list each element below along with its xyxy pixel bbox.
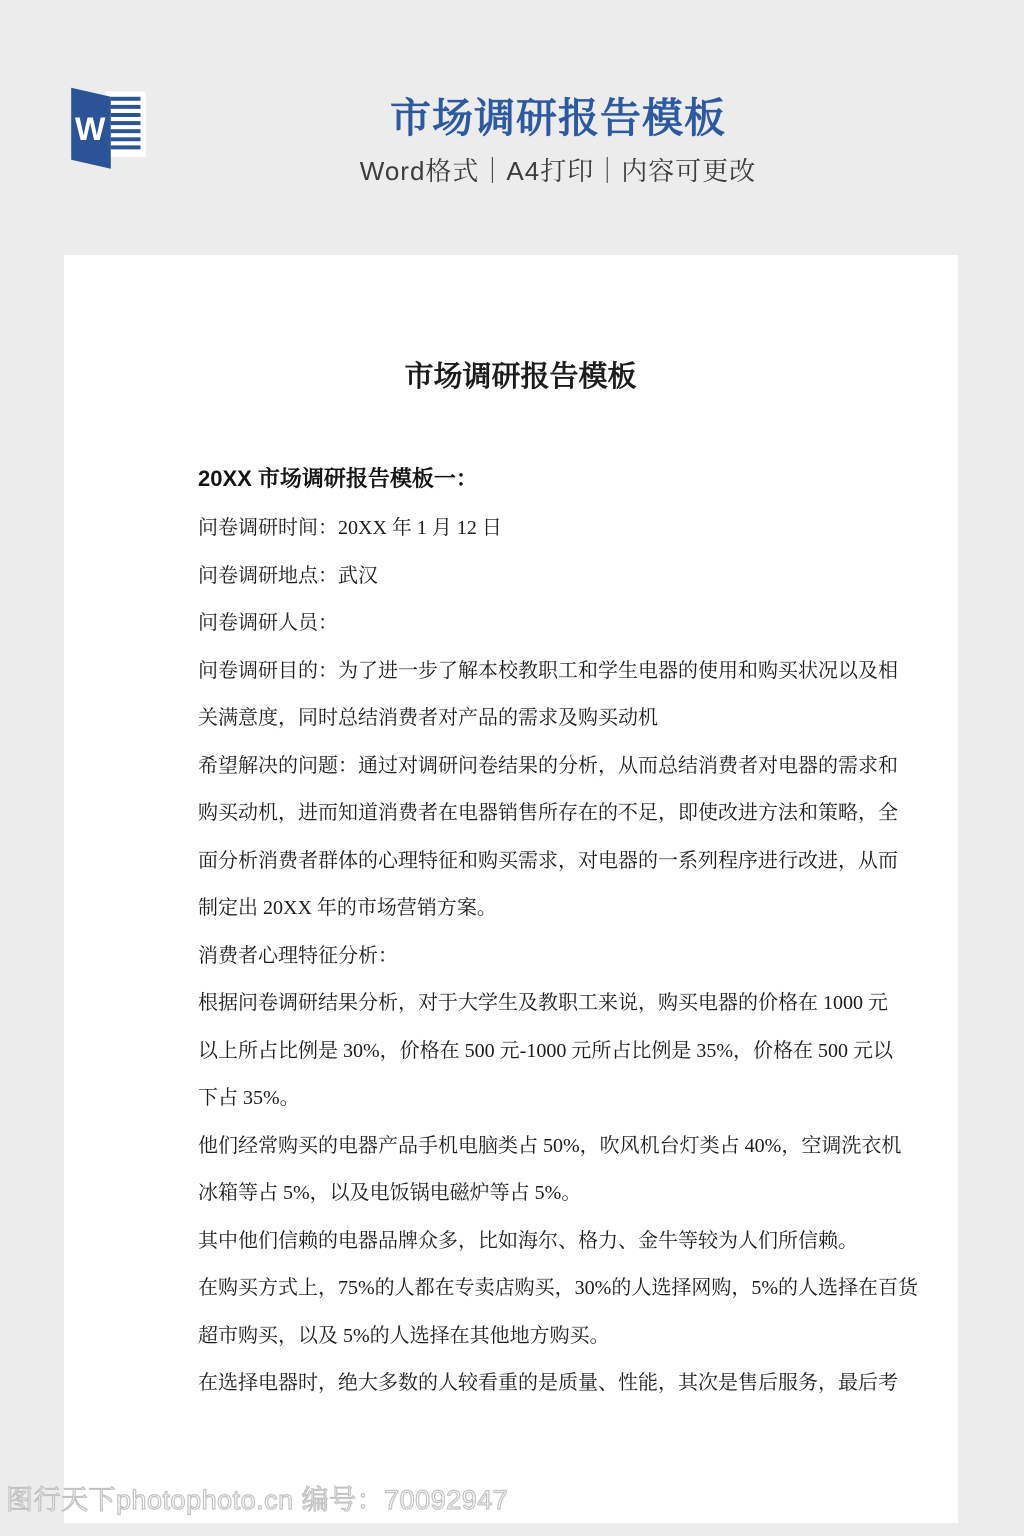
template-preview: W 市场调研报告模板 Word格式｜A4打印｜内容可更改 市场调研报告模板 20… [0,0,1024,1536]
doc-line: 其中他们信赖的电器品牌众多，比如海尔、格力、金牛等较为人们所信赖。 [198,1218,843,1266]
doc-line: 消费者心理特征分析： [198,933,843,981]
document-body: 问卷调研时间：20XX 年 1 月 12 日问卷调研地点：武汉问卷调研人员：问卷… [198,505,843,1408]
doc-line: 问卷调研人员： [198,600,843,648]
doc-line: 冰箱等占 5%，以及电饭锅电磁炉等占 5%。 [198,1170,843,1218]
doc-line: 以上所占比例是 30%，价格在 500 元-1000 元所占比例是 35%，价格… [198,1028,843,1076]
header: W 市场调研报告模板 Word格式｜A4打印｜内容可更改 [0,0,1024,255]
doc-line: 超市购买，以及 5%的人选择在其他地方购买。 [198,1313,843,1361]
doc-line: 根据问卷调研结果分析，对于大学生及教职工来说，购买电器的价格在 1000 元 [198,980,843,1028]
watermark: 图行天下photophoto.cn 编号：70092947 [6,1484,508,1516]
document-heading: 20XX 市场调研报告模板一： [198,468,843,490]
doc-line: 在选择电器时，绝大多数的人较看重的是质量、性能，其次是售后服务，最后考 [198,1360,843,1408]
doc-line: 问卷调研地点：武汉 [198,553,843,601]
doc-line: 问卷调研时间：20XX 年 1 月 12 日 [198,505,843,553]
doc-line: 购买动机，进而知道消费者在电器销售所存在的不足，即使改进方法和策略，全 [198,790,843,838]
page-title: 市场调研报告模板 [92,96,1024,140]
document-content: 市场调研报告模板 20XX 市场调研报告模板一： 问卷调研时间：20XX 年 1… [64,255,958,1408]
document-page: 市场调研报告模板 20XX 市场调研报告模板一： 问卷调研时间：20XX 年 1… [64,255,958,1523]
doc-line: 关满意度，同时总结消费者对产品的需求及购买动机 [198,695,843,743]
doc-line: 下占 35%。 [198,1075,843,1123]
document-title: 市场调研报告模板 [198,363,843,392]
doc-line: 他们经常购买的电器产品手机电脑类占 50%，吹风机台灯类占 40%，空调洗衣机 [198,1123,843,1171]
doc-line: 在购买方式上，75%的人都在专卖店购买，30%的人选择网购，5%的人选择在百货 [198,1265,843,1313]
doc-line: 希望解决的问题：通过对调研问卷结果的分析，从而总结消费者对电器的需求和 [198,743,843,791]
doc-line: 问卷调研目的：为了进一步了解本校教职工和学生电器的使用和购买状况以及相 [198,648,843,696]
doc-line: 制定出 20XX 年的市场营销方案。 [198,885,843,933]
doc-line: 面分析消费者群体的心理特征和购买需求，对电器的一系列程序进行改进，从而 [198,838,843,886]
page-subtitle: Word格式｜A4打印｜内容可更改 [92,156,1024,186]
